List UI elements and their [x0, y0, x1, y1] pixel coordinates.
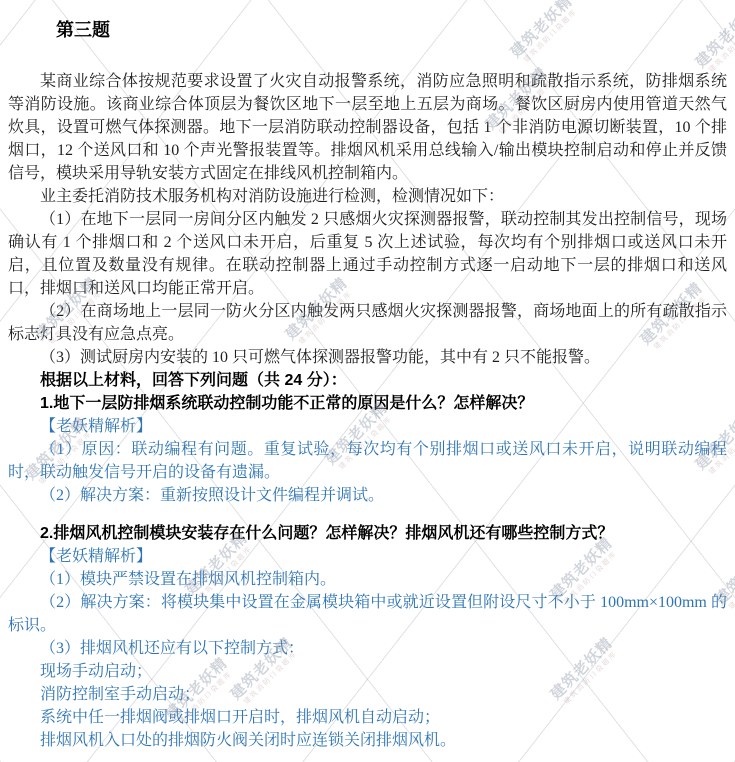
answer-line: （3）排烟风机还应有以下控制方式：	[8, 637, 727, 660]
intro-paragraph: 业主委托消防技术服务机构对消防设施进行检测，检测情况如下：	[8, 185, 727, 208]
question-block-2: 2.排烟风机控制模块安装存在什么问题？怎样解决？排烟风机还有哪些控制方式？ 【老…	[8, 522, 727, 752]
answer-line: （1）模块严禁设置在排烟风机控制箱内。	[8, 568, 727, 591]
question-block-1: 1.地下一层防排烟系统联动控制功能不正常的原因是什么？怎样解决？ 【老妖精解析】…	[8, 392, 727, 507]
question-text: 2.排烟风机控制模块安装存在什么问题？怎样解决？排烟风机还有哪些控制方式？	[8, 522, 727, 545]
answer-line: （2）解决方案：重新按照设计文件编程并调试。	[8, 484, 727, 507]
question-text: 1.地下一层防排烟系统联动控制功能不正常的原因是什么？怎样解决？	[8, 392, 727, 415]
answer-line: （2）解决方案：将模块集中设置在金属模块箱中或就近设置但附设尺寸不小于 100m…	[8, 591, 727, 637]
finding-paragraph: （3）测试厨房内安装的 10 只可燃气体探测器报警功能，其中有 2 只不能报警。	[8, 346, 727, 369]
answer-line: 现场手动启动；	[8, 660, 727, 683]
intro-paragraph: 某商业综合体按规范要求设置了火灾自动报警系统，消防应急照明和疏散指示系统，防排烟…	[8, 70, 727, 185]
page-title: 第三题	[56, 16, 727, 42]
answer-line: 排烟风机入口处的排烟防火阀关闭时应连锁关闭排烟风机。	[8, 729, 727, 752]
finding-paragraph: （2）在商场地上一层同一防火分区内触发两只感烟火灾探测器报警，商场地面上的所有疏…	[8, 300, 727, 346]
section-gap	[8, 507, 727, 522]
analysis-header: 【老妖精解析】	[8, 545, 727, 568]
answer-prompt: 根据以上材料，回答下列问题（共 24 分）：	[8, 369, 727, 392]
finding-paragraph: （1）在地下一层同一房间分区内触发 2 只感烟火灾探测器报警，联动控制其发出控制…	[8, 208, 727, 300]
answer-line: 系统中任一排烟阀或排烟口开启时，排烟风机自动启动；	[8, 706, 727, 729]
answer-line: 消防控制室手动启动；	[8, 683, 727, 706]
document-content: 第三题 某商业综合体按规范要求设置了火灾自动报警系统，消防应急照明和疏散指示系统…	[8, 16, 727, 752]
document-page: 建筑老妖精建筑消防口袋题库建筑老妖精建筑消防口袋题库建筑老妖精建筑消防口袋题库建…	[0, 0, 735, 762]
document-body: 某商业综合体按规范要求设置了火灾自动报警系统，消防应急照明和疏散指示系统，防排烟…	[8, 70, 727, 752]
analysis-header: 【老妖精解析】	[8, 415, 727, 438]
answer-line: （1）原因：联动编程有问题。重复试验，每次均有个别排烟口或送风口未开启，说明联动…	[8, 438, 727, 484]
